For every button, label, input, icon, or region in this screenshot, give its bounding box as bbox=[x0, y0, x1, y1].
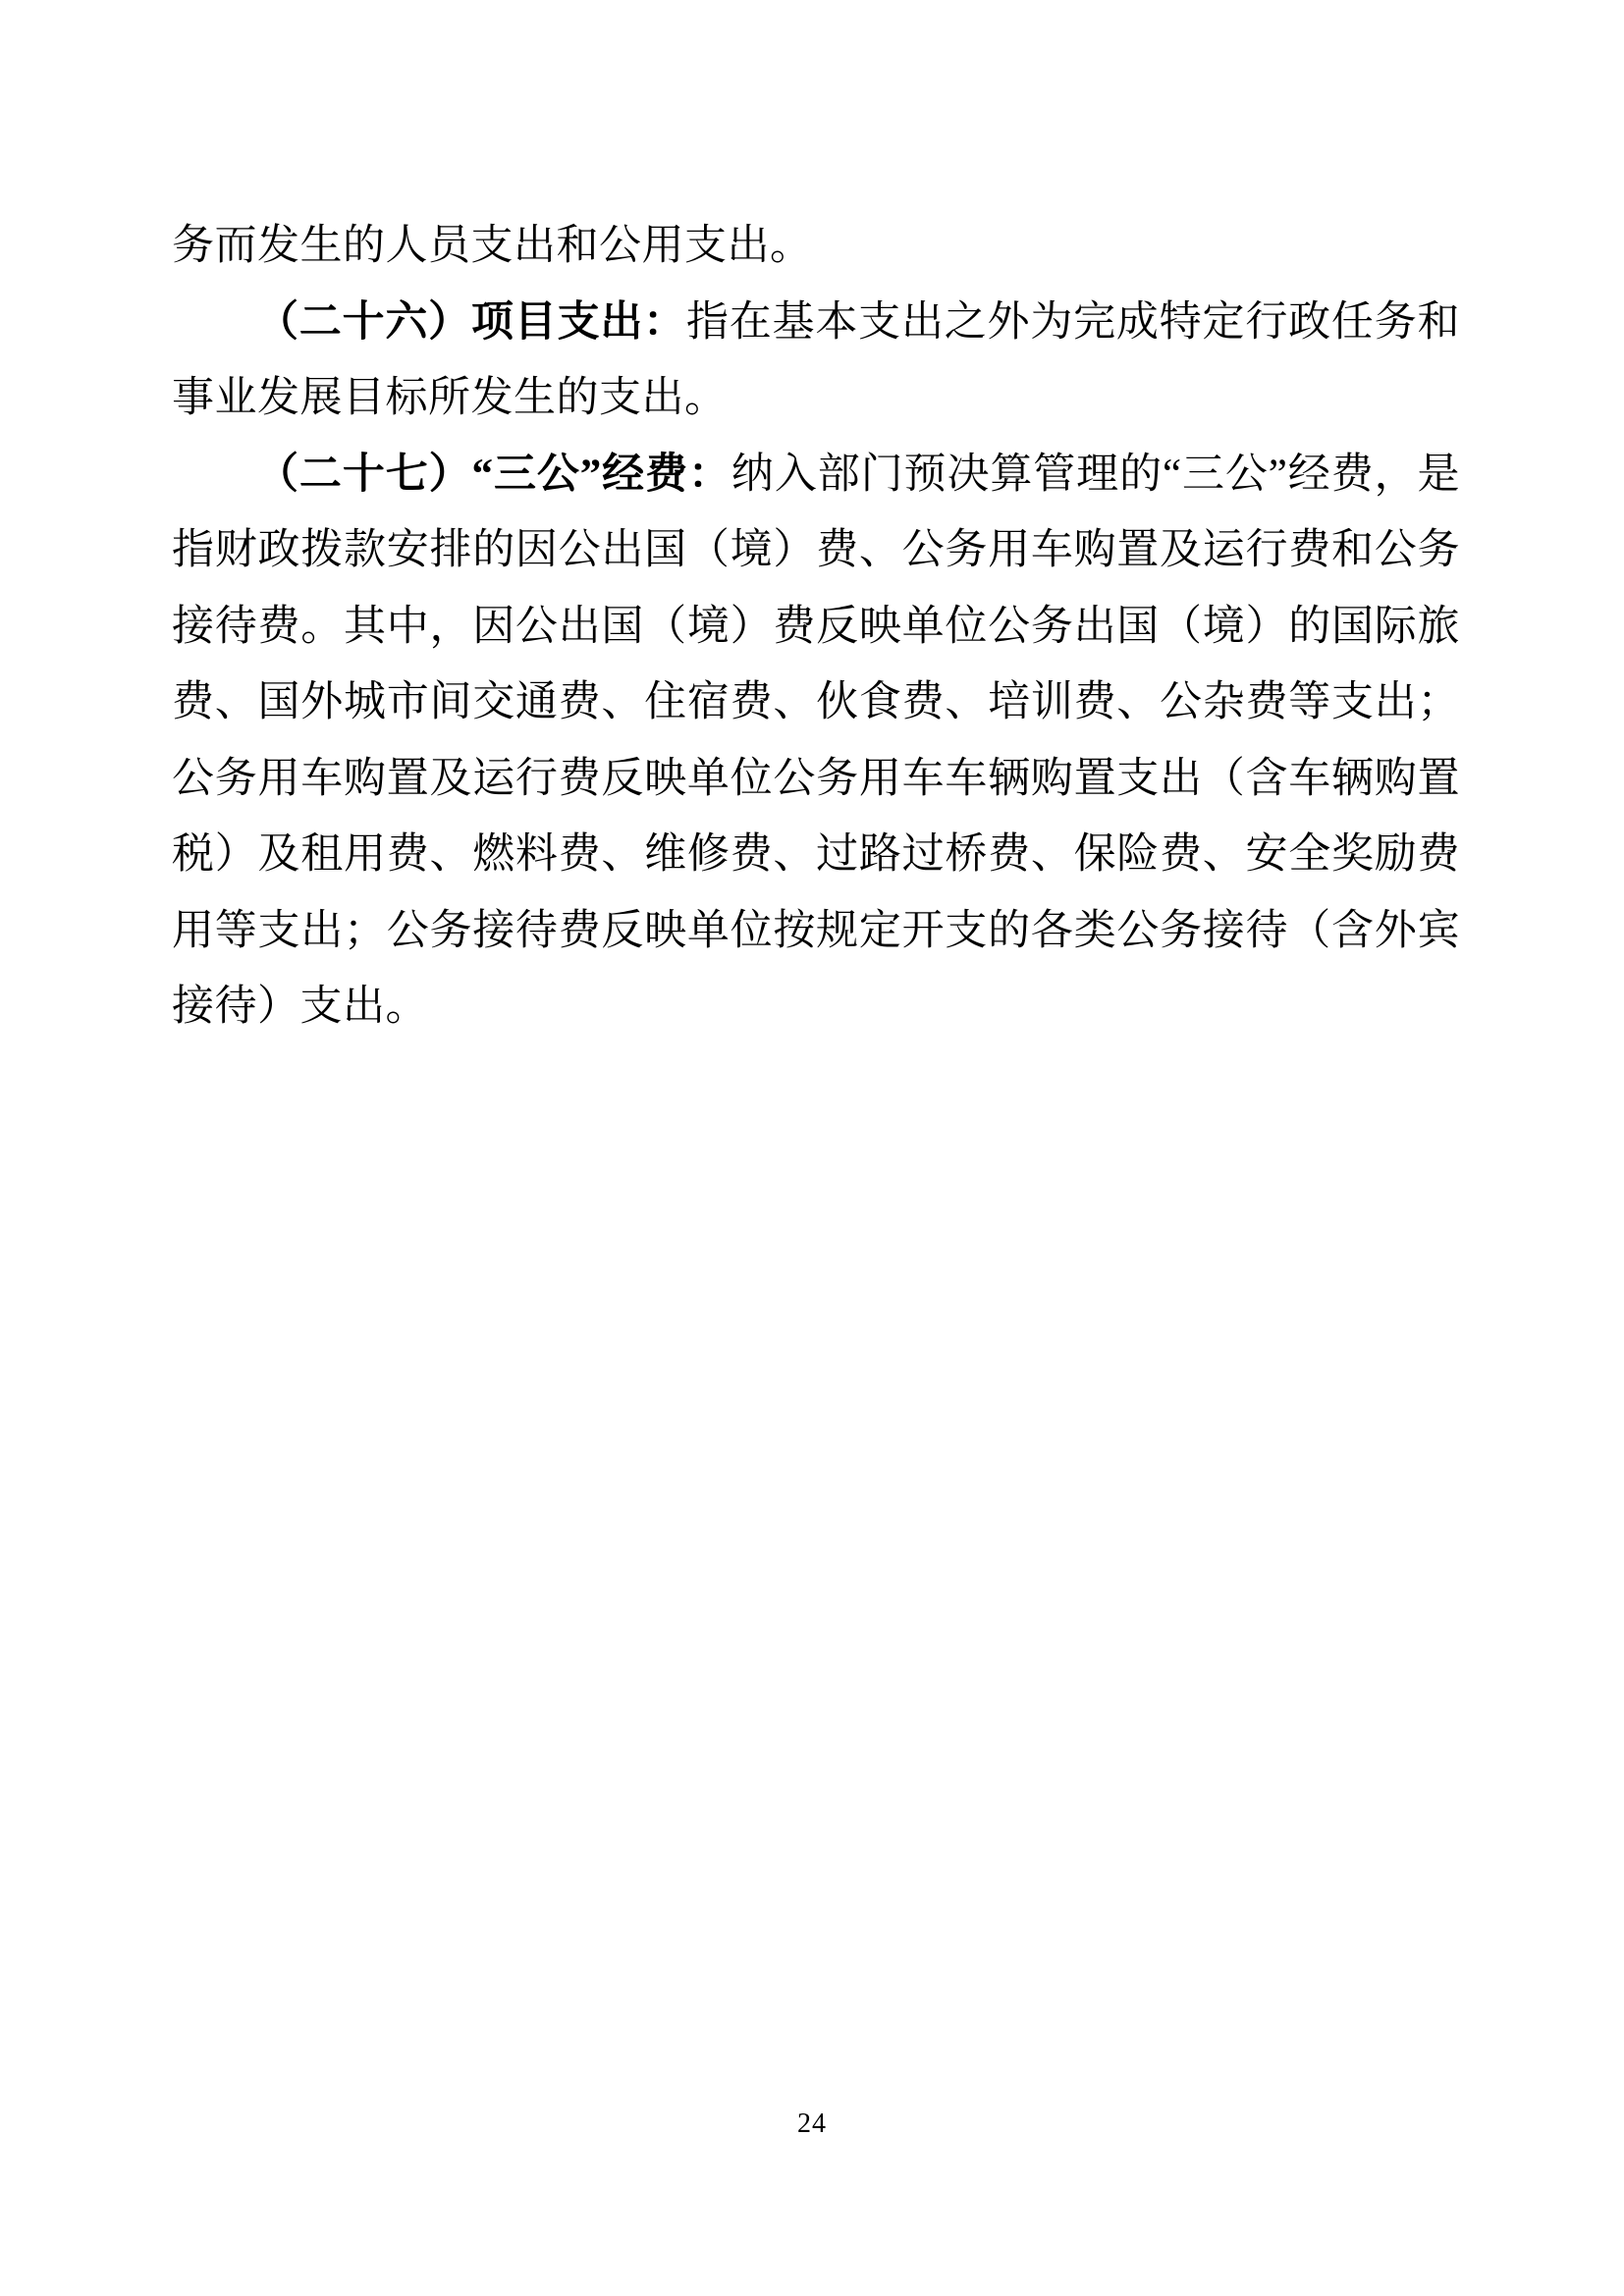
paragraph-item-26: （二十六）项目支出：指在基本支出之外为完成特定行政任务和事业发展目标所发生的支出… bbox=[172, 285, 1460, 437]
document-body: 务而发生的人员支出和公用支出。 （二十六）项目支出：指在基本支出之外为完成特定行… bbox=[172, 208, 1460, 1045]
paragraph-text: 纳入部门预决算管理的“三公”经费，是指财政拨款安排的因公出国（境）费、公务用车购… bbox=[172, 452, 1460, 1031]
paragraph-text: 务而发生的人员支出和公用支出。 bbox=[172, 223, 813, 269]
paragraph-continuation: 务而发生的人员支出和公用支出。 bbox=[172, 208, 1460, 285]
paragraph-item-27: （二十七）“三公”经费：纳入部门预决算管理的“三公”经费，是指财政拨款安排的因公… bbox=[172, 437, 1460, 1045]
document-page: 务而发生的人员支出和公用支出。 （二十六）项目支出：指在基本支出之外为完成特定行… bbox=[0, 0, 1624, 2296]
paragraph-heading-27: （二十七）“三公”经费： bbox=[256, 452, 731, 498]
page-number: 24 bbox=[0, 2109, 1624, 2140]
paragraph-heading-26: （二十六）项目支出： bbox=[256, 299, 686, 346]
